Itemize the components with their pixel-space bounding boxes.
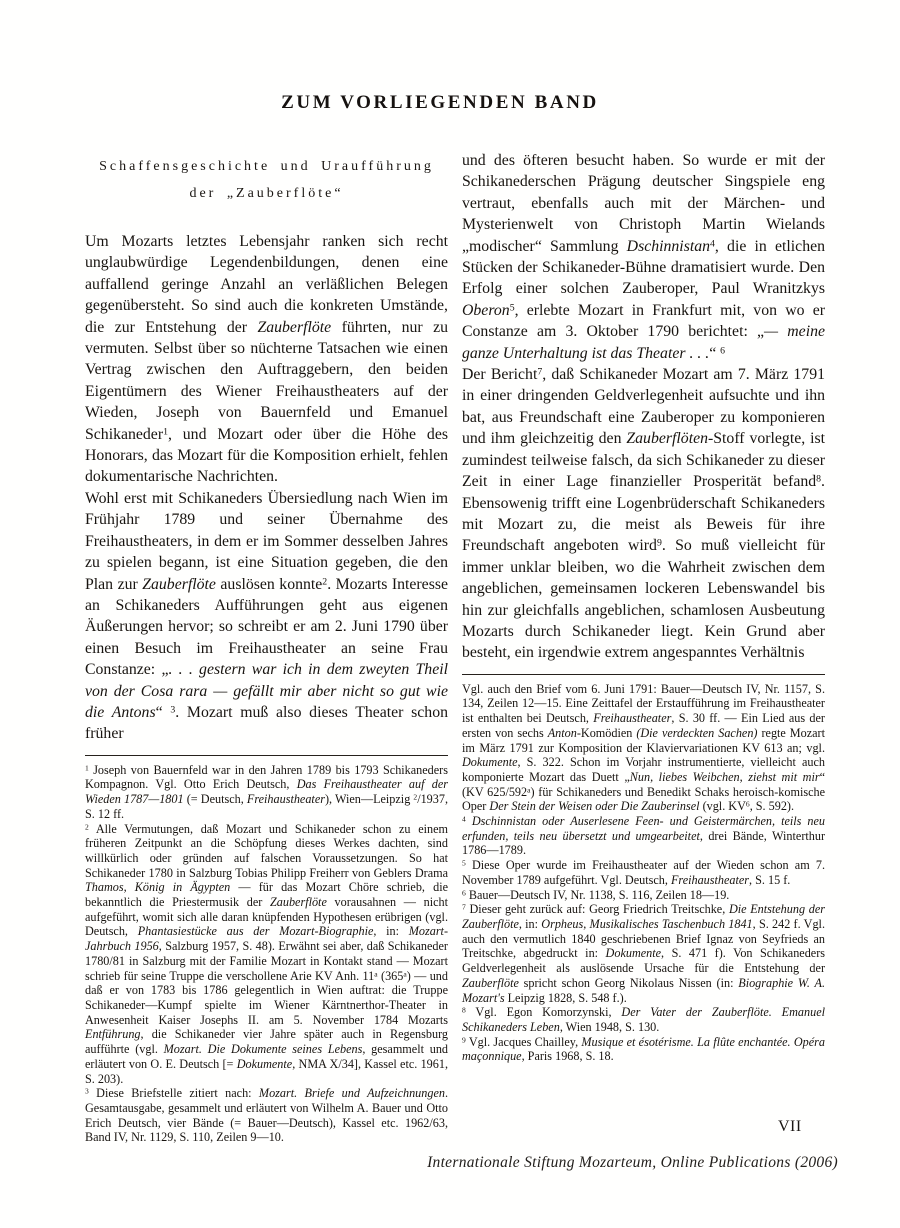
- paragraph: und des öfteren besucht haben. So wurde …: [462, 150, 825, 364]
- page-number: VII: [778, 1118, 802, 1136]
- footnote-separator: [85, 755, 448, 756]
- footnote-7: 7 Dieser geht zurück auf: Georg Friedric…: [462, 902, 825, 1005]
- paragraph: Wohl erst mit Schikaneders Übersiedlung …: [85, 488, 448, 745]
- text-columns: Schaffensgeschichte und Uraufführung der…: [85, 150, 825, 1145]
- footnote-6: 6 Bauer—Deutsch IV, Nr. 1138, S. 116, Ze…: [462, 888, 825, 903]
- paragraph: Der Bericht7, daß Schikaneder Mozart am …: [462, 364, 825, 664]
- page-title: ZUM VORLIEGENDEN BAND: [0, 92, 880, 114]
- section-heading-line1: Schaffensgeschichte und Uraufführung: [85, 153, 448, 180]
- footnote-4: 4 Dschinnistan oder Auserlesene Feen- un…: [462, 814, 825, 858]
- footnote-3: 3 Diese Briefstelle zitiert nach: Mozart…: [85, 1086, 448, 1145]
- footnote-5: 5 Diese Oper wurde im Freihaustheater au…: [462, 858, 825, 887]
- left-column: Schaffensgeschichte und Uraufführung der…: [85, 150, 448, 1145]
- footer-credit: Internationale Stiftung Mozarteum, Onlin…: [427, 1154, 838, 1172]
- footnote-separator: [462, 674, 825, 675]
- footnote-1: 1 Joseph von Bauernfeld war in den Jahre…: [85, 763, 448, 822]
- footnote-2: 2 Alle Vermutungen, daß Mozart und Schik…: [85, 822, 448, 1087]
- footnotes-left: 1 Joseph von Bauernfeld war in den Jahre…: [85, 755, 448, 1145]
- section-heading: Schaffensgeschichte und Uraufführung der…: [85, 153, 448, 207]
- footnote-8: 8 Vgl. Egon Komorzynski, Der Vater der Z…: [462, 1005, 825, 1034]
- footnotes-right: Vgl. auch den Brief vom 6. Juni 1791: Ba…: [462, 674, 825, 1064]
- footnote-3-continuation: Vgl. auch den Brief vom 6. Juni 1791: Ba…: [462, 682, 825, 814]
- right-column: und des öfteren besucht haben. So wurde …: [462, 150, 825, 1064]
- footnote-9: 9 Vgl. Jacques Chailley, Musique et ésot…: [462, 1035, 825, 1064]
- document-page: ZUM VORLIEGENDEN BAND Schaffensgeschicht…: [0, 0, 900, 1228]
- paragraph: Um Mozarts letztes Lebensjahr ranken sic…: [85, 231, 448, 488]
- section-heading-line2: der „Zauberflöte“: [85, 180, 448, 207]
